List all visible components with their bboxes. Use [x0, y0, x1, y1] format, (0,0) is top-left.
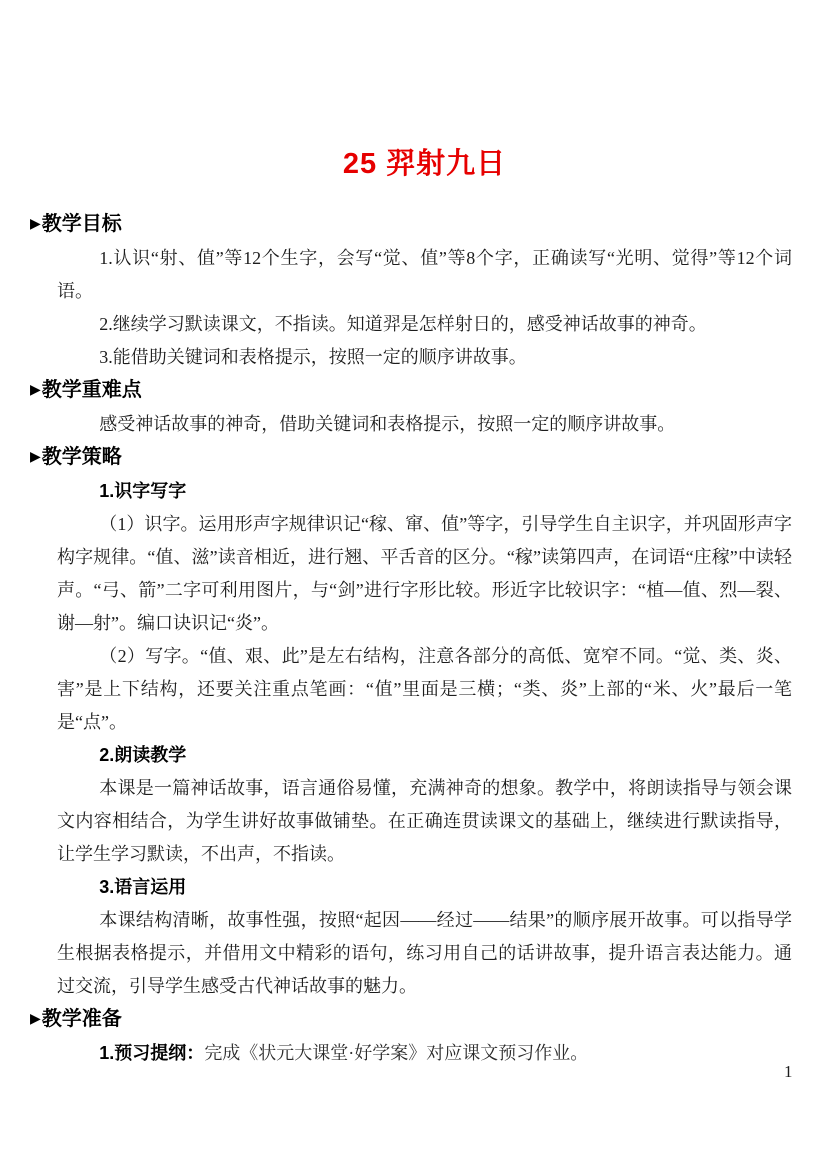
- objective-paragraph: 2.继续学习默读课文，不指读。知道羿是怎样射日的，感受神话故事的神奇。: [57, 308, 792, 341]
- section-teaching-objectives: ▶教学目标 1.认识“射、值”等12个生字，会写“觉、值”等8个字，正确读写“光…: [57, 208, 792, 374]
- section-teaching-strategy: ▶教学策略 1.识字写字 （1）识字。运用形声字规律识记“稼、窜、值”等字，引导…: [57, 441, 792, 1003]
- preparation-lead-label: 1.预习提纲：: [99, 1043, 204, 1063]
- key-difficulties-paragraph: 感受神话故事的神奇，借助关键词和表格提示，按照一定的顺序讲故事。: [57, 408, 792, 441]
- triangle-bullet-icon: ▶: [30, 381, 41, 397]
- triangle-bullet-icon: ▶: [30, 1010, 41, 1026]
- document-page: 25 羿射九日 ▶教学目标 1.认识“射、值”等12个生字，会写“觉、值”等8个…: [0, 0, 827, 1070]
- section-teaching-preparation: ▶教学准备 1.预习提纲：完成《状元大课堂·好学案》对应课文预习作业。: [57, 1003, 792, 1070]
- strategy-paragraph: （1）识字。运用形声字规律识记“稼、窜、值”等字，引导学生自主识字，并巩固形声字…: [57, 508, 792, 640]
- subheading-literacy-writing: 1.识字写字: [57, 475, 792, 508]
- section-heading: ▶教学重难点: [30, 374, 792, 408]
- section-heading: ▶教学准备: [30, 1003, 792, 1037]
- section-heading-text: 教学策略: [42, 446, 122, 468]
- preparation-paragraph: 1.预习提纲：完成《状元大课堂·好学案》对应课文预习作业。: [57, 1037, 792, 1070]
- preparation-lead-text: 完成《状元大课堂·好学案》对应课文预习作业。: [204, 1043, 588, 1063]
- section-heading-text: 教学目标: [42, 213, 122, 235]
- triangle-bullet-icon: ▶: [30, 215, 41, 231]
- section-heading: ▶教学目标: [30, 208, 792, 242]
- strategy-paragraph: 本课是一篇神话故事，语言通俗易懂，充满神奇的想象。教学中，将朗读指导与领会课文内…: [57, 772, 792, 871]
- section-heading-text: 教学准备: [42, 1008, 122, 1030]
- objective-paragraph: 1.认识“射、值”等12个生字，会写“觉、值”等8个字，正确读写“光明、觉得”等…: [57, 242, 792, 308]
- subheading-language-use: 3.语言运用: [57, 871, 792, 904]
- subheading-reading-teaching: 2.朗读教学: [57, 739, 792, 772]
- section-heading-text: 教学重难点: [42, 379, 142, 401]
- page-number: 1: [784, 1062, 793, 1082]
- strategy-paragraph: （2）写字。“值、艰、此”是左右结构，注意各部分的高低、宽窄不同。“觉、类、炎、…: [57, 640, 792, 739]
- section-key-difficulties: ▶教学重难点 感受神话故事的神奇，借助关键词和表格提示，按照一定的顺序讲故事。: [57, 374, 792, 441]
- strategy-paragraph: 本课结构清晰，故事性强，按照“起因——经过——结果”的顺序展开故事。可以指导学生…: [57, 904, 792, 1003]
- triangle-bullet-icon: ▶: [30, 448, 41, 464]
- page-title: 25 羿射九日: [57, 140, 792, 188]
- section-heading: ▶教学策略: [30, 441, 792, 475]
- objective-paragraph: 3.能借助关键词和表格提示，按照一定的顺序讲故事。: [57, 341, 792, 374]
